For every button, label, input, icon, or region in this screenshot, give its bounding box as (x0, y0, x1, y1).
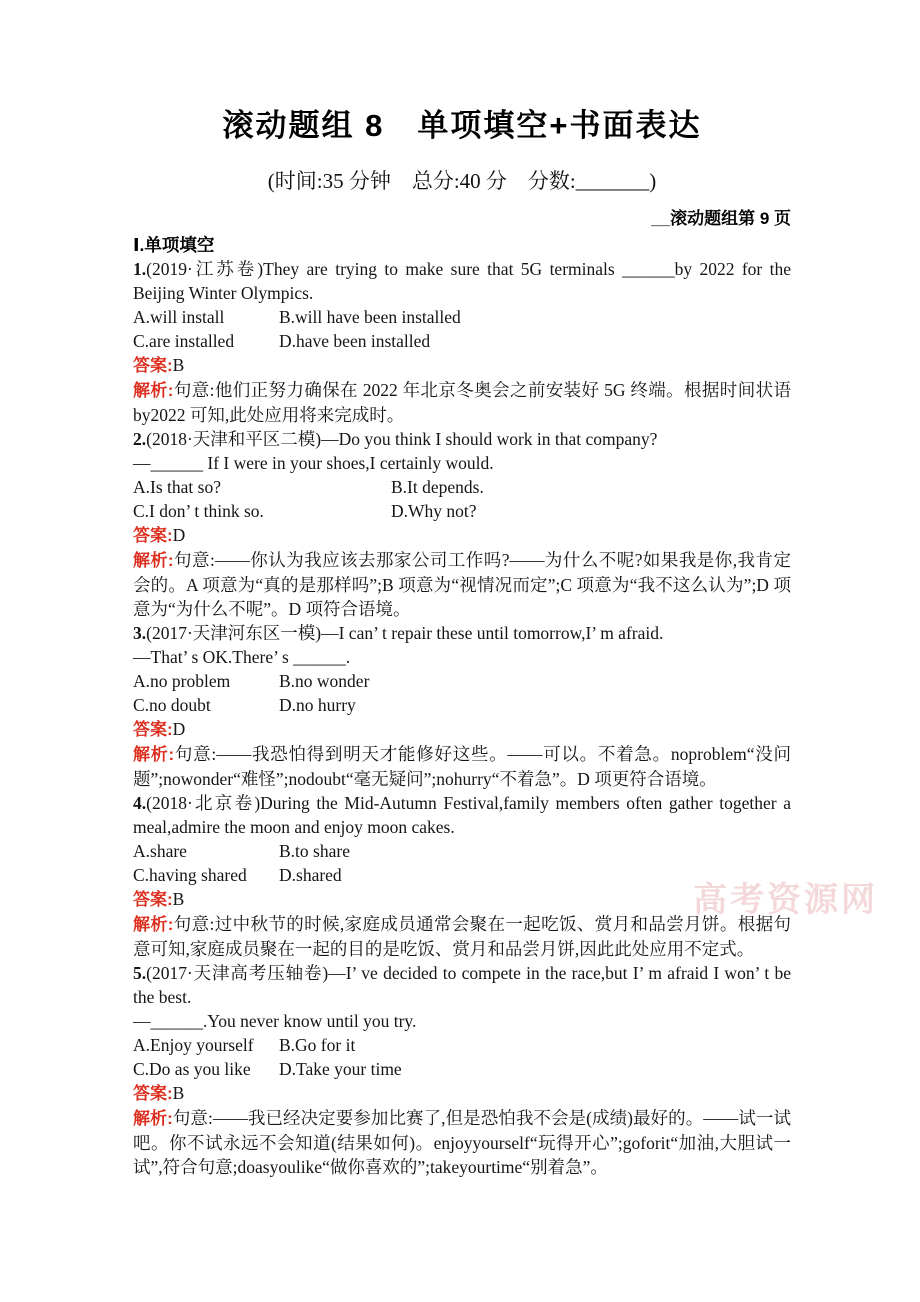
option-a: A.will install (133, 305, 279, 329)
question-4: 4.(2018·北京卷)During the Mid-Autumn Festiv… (133, 791, 791, 961)
question-source: (2018·天津和平区二模) (146, 429, 321, 449)
option-d: D.have been installed (279, 331, 430, 351)
answer-label: 答案: (133, 526, 173, 545)
options-row-ab: A.Enjoy yourselfB.Go for it (133, 1033, 791, 1057)
analysis-label: 解析: (133, 745, 174, 764)
question-source: (2019·江苏卷) (146, 259, 263, 279)
analysis-line: 解析:句意:——你认为我应该去那家公司工作吗?——为什么不呢?如果我是你,我肯定… (133, 548, 791, 621)
question-reply-line: —______.You never know until you try. (133, 1009, 791, 1033)
analysis-text: 句意:过中秋节的时候,家庭成员通常会聚在一起吃饭、赏月和品尝月饼。根据句意可知,… (133, 914, 791, 959)
answer-label: 答案: (133, 1084, 173, 1103)
analysis-label: 解析: (133, 551, 174, 570)
question-stem: 1.(2019·江苏卷)They are trying to make sure… (133, 257, 791, 305)
options-row-cd: C.no doubtD.no hurry (133, 693, 791, 717)
answer-value: D (173, 525, 186, 545)
analysis-line: 解析:句意:——我已经决定要参加比赛了,但是恐怕我不会是(成绩)最好的。——试一… (133, 1106, 791, 1179)
option-d: D.Why not? (391, 501, 477, 521)
options-row-ab: A.will installB.will have been installed (133, 305, 791, 329)
answer-line: 答案:B (133, 353, 791, 378)
option-b: B.to share (279, 841, 350, 861)
answer-value: B (173, 1083, 185, 1103)
question-3: 3.(2017·天津河东区一模)—I can’ t repair these u… (133, 621, 791, 791)
page-title: 滚动题组 8 单项填空+书面表达 (133, 106, 791, 146)
section-heading: Ⅰ.单项填空 (133, 233, 791, 257)
analysis-text: 句意:——你认为我应该去那家公司工作吗?——为什么不呢?如果我是你,我肯定会的。… (133, 550, 791, 619)
answer-line: 答案:B (133, 887, 791, 912)
question-source: (2018·北京卷) (146, 793, 260, 813)
option-a: A.no problem (133, 669, 279, 693)
options-row-cd: C.I don’ t think so.D.Why not? (133, 499, 791, 523)
question-number: 1. (133, 259, 146, 279)
question-source: (2017·天津河东区一模) (146, 623, 321, 643)
question-stem: 2.(2018·天津和平区二模)—Do you think I should w… (133, 427, 791, 451)
option-a: A.Is that so? (133, 475, 391, 499)
option-c: C.I don’ t think so. (133, 499, 391, 523)
question-reply-line: —That’ s OK.There’ s ______. (133, 645, 791, 669)
option-d: D.Take your time (279, 1059, 402, 1079)
options-row-cd: C.are installedD.have been installed (133, 329, 791, 353)
option-d: D.shared (279, 865, 342, 885)
option-c: C.are installed (133, 329, 279, 353)
question-reply-line: —______ If I were in your shoes,I certai… (133, 451, 791, 475)
question-stem: 4.(2018·北京卷)During the Mid-Autumn Festiv… (133, 791, 791, 839)
analysis-label: 解析: (133, 381, 173, 400)
options-row-ab: A.shareB.to share (133, 839, 791, 863)
option-a: A.share (133, 839, 279, 863)
question-number: 5. (133, 963, 146, 983)
option-b: B.no wonder (279, 671, 369, 691)
options-row-ab: A.no problemB.no wonder (133, 669, 791, 693)
answer-value: B (173, 355, 185, 375)
exam-meta-line: (时间:35 分钟 总分:40 分 分数:_______) (133, 166, 791, 196)
option-a: A.Enjoy yourself (133, 1033, 279, 1057)
option-b: B.It depends. (391, 477, 484, 497)
question-text: —I can’ t repair these until tomorrow,I’… (321, 623, 663, 643)
question-number: 2. (133, 429, 146, 449)
option-c: C.no doubt (133, 693, 279, 717)
question-5: 5.(2017·天津高考压轴卷)—I’ ve decided to compet… (133, 961, 791, 1179)
answer-label: 答案: (133, 356, 173, 375)
page-reference: __滚动题组第 9 页 (133, 208, 791, 230)
answer-label: 答案: (133, 890, 173, 909)
options-row-cd: C.Do as you likeD.Take your time (133, 1057, 791, 1081)
analysis-label: 解析: (133, 1109, 173, 1128)
options-row-cd: C.having sharedD.shared (133, 863, 791, 887)
question-1: 1.(2019·江苏卷)They are trying to make sure… (133, 257, 791, 427)
answer-value: B (173, 889, 185, 909)
question-2: 2.(2018·天津和平区二模)—Do you think I should w… (133, 427, 791, 621)
answer-line: 答案:D (133, 523, 791, 548)
question-stem: 5.(2017·天津高考压轴卷)—I’ ve decided to compet… (133, 961, 791, 1009)
analysis-line: 解析:句意:——我恐怕得到明天才能修好这些。——可以。不着急。noproblem… (133, 742, 791, 791)
answer-value: D (173, 719, 186, 739)
analysis-text: 句意:他们正努力确保在 2022 年北京冬奥会之前安装好 5G 终端。根据时间状… (133, 380, 791, 425)
question-number: 3. (133, 623, 146, 643)
analysis-label: 解析: (133, 915, 173, 934)
analysis-text: 句意:——我恐怕得到明天才能修好这些。——可以。不着急。noproblem“没问… (133, 744, 791, 789)
analysis-line: 解析:句意:他们正努力确保在 2022 年北京冬奥会之前安装好 5G 终端。根据… (133, 378, 791, 427)
answer-label: 答案: (133, 720, 173, 739)
question-number: 4. (133, 793, 146, 813)
option-b: B.Go for it (279, 1035, 355, 1055)
answer-line: 答案:B (133, 1081, 791, 1106)
question-stem: 3.(2017·天津河东区一模)—I can’ t repair these u… (133, 621, 791, 645)
answer-line: 答案:D (133, 717, 791, 742)
question-text: —Do you think I should work in that comp… (321, 429, 657, 449)
option-b: B.will have been installed (279, 307, 461, 327)
analysis-line: 解析:句意:过中秋节的时候,家庭成员通常会聚在一起吃饭、赏月和品尝月饼。根据句意… (133, 912, 791, 961)
option-d: D.no hurry (279, 695, 356, 715)
options-row-ab: A.Is that so?B.It depends. (133, 475, 791, 499)
option-c: C.having shared (133, 863, 279, 887)
analysis-text: 句意:——我已经决定要参加比赛了,但是恐怕我不会是(成绩)最好的。——试一试吧。… (133, 1108, 791, 1177)
document-page: 滚动题组 8 单项填空+书面表达 (时间:35 分钟 总分:40 分 分数:__… (133, 106, 791, 1179)
question-source: (2017·天津高考压轴卷) (146, 963, 328, 983)
option-c: C.Do as you like (133, 1057, 279, 1081)
